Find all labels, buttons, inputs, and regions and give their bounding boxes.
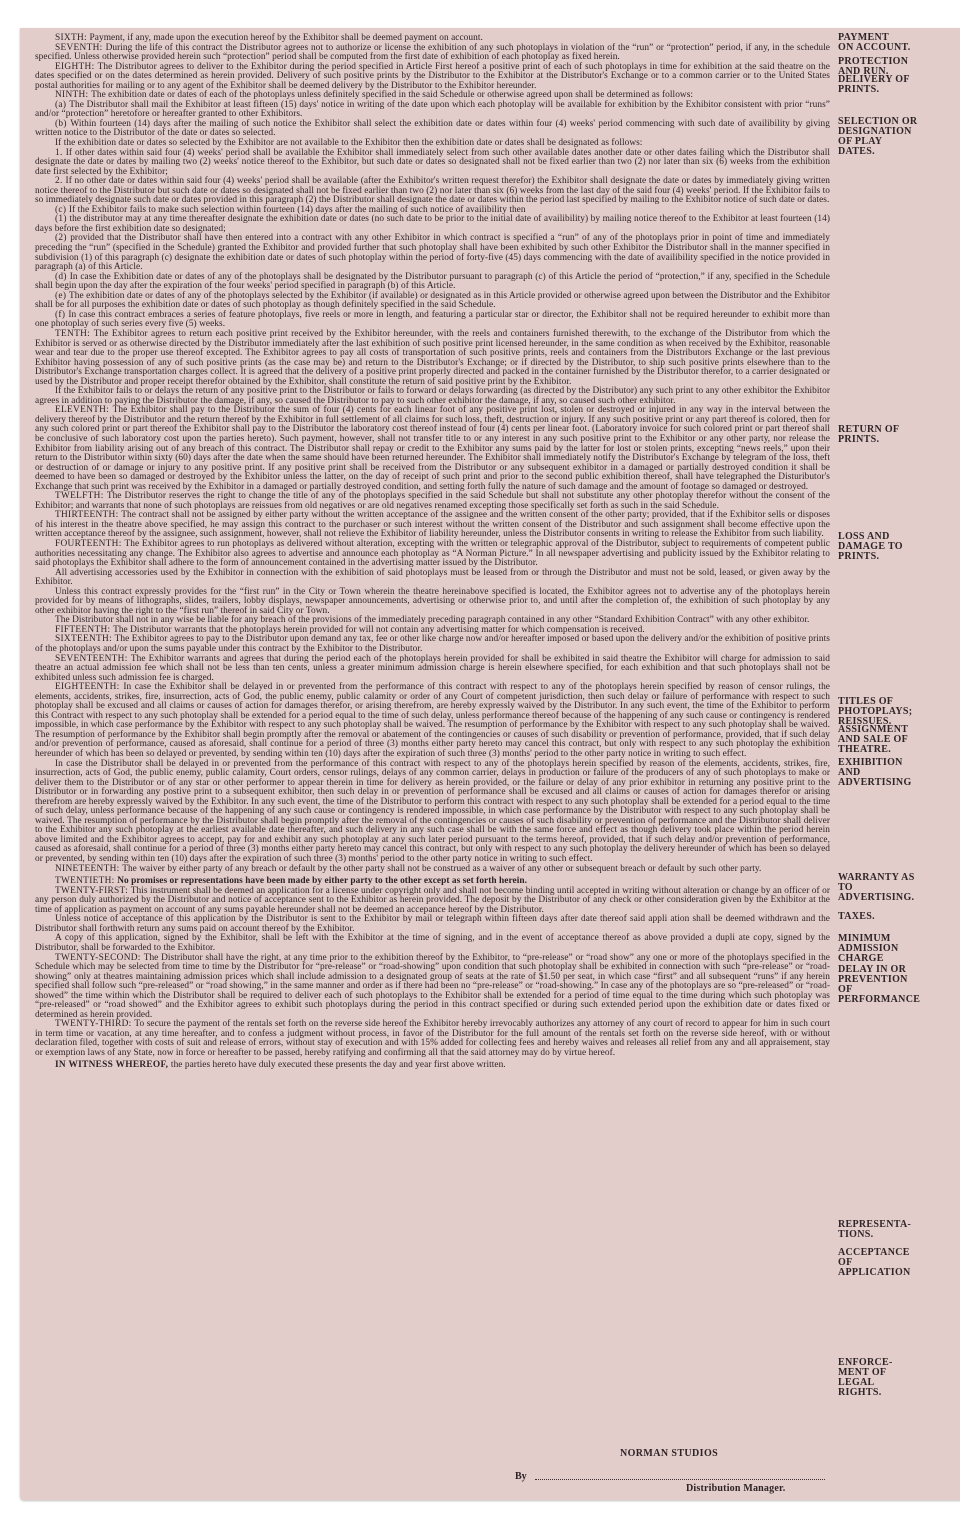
article-text: The Distributor reserves the right to ch… xyxy=(35,491,830,511)
article-label: SIXTEENTH: xyxy=(55,634,115,644)
margin-heading: DELAY IN OR PREVENTION OF PERFORMANCE xyxy=(838,965,953,1005)
contract-body: SIXTH: Payment, if any, made upon the ex… xyxy=(35,34,830,1070)
article-text: In case the Exhibitor shall be delayed i… xyxy=(35,682,830,759)
margin-heading: LOSS AND DAMAGE TO PRINTS. xyxy=(838,532,953,562)
contract-paragraph: TWENTY-THIRD: To secure the payment of t… xyxy=(35,1020,830,1058)
margin-heading: ACCEPTANCE OF APPLICATION xyxy=(838,1248,953,1278)
signature-line[interactable] xyxy=(535,1479,825,1480)
article-text: The Exhibitor warrants and agrees that d… xyxy=(35,654,830,683)
article-text: If other dates within said four (4) week… xyxy=(35,148,830,177)
contract-paragraph: (a) The Distributor shall mail the Exhib… xyxy=(35,101,830,120)
article-text: In case the Distributor shall be delayed… xyxy=(35,759,830,864)
article-label: TWENTY-SECOND: xyxy=(55,953,144,963)
article-text: If no other date or dates within said fo… xyxy=(35,176,830,205)
article-text: The exhibition date or dates of any of t… xyxy=(35,291,830,311)
article-label: NINETEENTH: xyxy=(55,864,122,874)
article-text: the distributor may at any time thereaft… xyxy=(35,214,830,234)
article-label: EIGHTEENTH: xyxy=(55,682,123,692)
contract-paragraph: If the Exhibitor fails to or delays the … xyxy=(35,387,830,406)
margin-heading: PAYMENT ON ACCOUNT. xyxy=(838,33,953,53)
contract-paragraph: TWENTY-SECOND: The Distributor shall hav… xyxy=(35,954,830,1021)
contract-paragraph: All advertising accessories used by the … xyxy=(35,569,830,588)
article-text: The contract shall not be assigned by ei… xyxy=(35,510,830,539)
contract-paragraph: 1. If other dates within said four (4) w… xyxy=(35,149,830,178)
margin-heading: SELECTION OR DESIGNATION OF PLAY DATES. xyxy=(838,117,953,157)
article-label: FOURTEENTH: xyxy=(55,539,125,549)
article-text: In case this contract embraces a series … xyxy=(35,310,830,330)
contract-paragraph: SEVENTH: During the life of this contrac… xyxy=(35,44,830,63)
contract-paragraph: 2. If no other date or dates within said… xyxy=(35,177,830,206)
article-text: Payment, if any, made upon the execution… xyxy=(90,33,483,43)
margin-heading: TITLES OF PHOTOPLAYS; REISSUES. xyxy=(838,697,953,727)
signature-firm: NORMAN STUDIOS xyxy=(620,1448,718,1459)
contract-paragraph: TWELFTH: The Distributor reserves the ri… xyxy=(35,492,830,511)
contract-paragraph: (e) The exhibition date or dates of any … xyxy=(35,292,830,311)
article-text: This instrument shall be deemed an appli… xyxy=(35,886,830,915)
article-label: TWENTIETH: xyxy=(55,876,117,886)
contract-paragraph: (b) Within fourteen (14) days after the … xyxy=(35,120,830,139)
article-label: TENTH: xyxy=(55,329,94,339)
signature-title: Distribution Manager. xyxy=(686,1483,785,1494)
article-text: The exhibition date or dates of each of … xyxy=(91,90,693,100)
article-text: A copy of this application, signed by th… xyxy=(35,933,830,953)
contract-paragraph: (f) In case this contract embraces a ser… xyxy=(35,311,830,330)
article-text: If the exhibition date or dates so selec… xyxy=(55,138,642,148)
article-text: To secure the payment of the rentals set… xyxy=(35,1019,830,1058)
contract-paragraph: (1) the distributor may at any time ther… xyxy=(35,215,830,234)
contract-paragraph: Unless this contract expressly provides … xyxy=(35,588,830,617)
article-text: Unless notice of acceptance of this appl… xyxy=(35,914,830,934)
article-text: No promises or representations have been… xyxy=(117,876,527,886)
article-label: TWENTY-THIRD: xyxy=(55,1019,134,1029)
article-label: NINTH: xyxy=(55,90,91,100)
article-text: Within fourteen (14) days after the mail… xyxy=(35,119,830,139)
article-text: The Distributor shall not in any wise be… xyxy=(55,615,809,625)
margin-heading: TAXES. xyxy=(838,912,953,922)
contract-paragraph: TENTH: The Exhibitor agrees to return ea… xyxy=(35,330,830,387)
contract-paragraph: ELEVENTH: The Exhibitor shall pay to the… xyxy=(35,406,830,492)
margin-heading: DELIVERY OF PRINTS. xyxy=(838,75,953,95)
article-text: All advertising accessories used by the … xyxy=(35,568,830,588)
article-text: The Distributor shall mail the Exhibitor… xyxy=(35,100,830,120)
signature-by-label: By xyxy=(515,1471,527,1482)
article-label: THIRTEENTH: xyxy=(55,510,121,520)
contract-paragraph: EIGHTEENTH: In case the Exhibitor shall … xyxy=(35,683,830,759)
article-text: The Exhibitor agrees to return each posi… xyxy=(35,329,830,387)
contract-paragraph: TWENTY-FIRST: This instrument shall be d… xyxy=(35,887,830,916)
margin-heading: ENFORCE- MENT OF LEGAL RIGHTS. xyxy=(838,1358,953,1398)
contract-paragraph: EIGHTH: The Distributor agrees to delive… xyxy=(35,63,830,92)
article-text: The Distributor agrees to deliver to the… xyxy=(35,62,830,91)
article-label: ELEVENTH: xyxy=(55,405,113,415)
article-text: The waiver by either party of any breach… xyxy=(122,864,761,874)
article-text: During the life of this contract the Dis… xyxy=(35,43,830,63)
contract-paragraph: SEVENTEENTH: The Exhibitor warrants and … xyxy=(35,655,830,684)
margin-heading: EXHIBITION AND ADVERTISING xyxy=(838,758,953,788)
article-text: The Exhibitor agrees to run photoplays a… xyxy=(35,539,830,568)
article-text: In case the Exhibition date or dates of … xyxy=(35,272,830,292)
article-text: If the Exhibitor fails to or delays the … xyxy=(35,386,830,406)
article-label: SIXTH: xyxy=(55,33,90,43)
contract-paragraph: (d) In case the Exhibition date or dates… xyxy=(35,273,830,292)
article-label: (1) xyxy=(55,214,70,224)
contract-paragraph: SIXTEENTH: The Exhibitor agrees to pay t… xyxy=(35,635,830,654)
contract-paragraph: FOURTEENTH: The Exhibitor agrees to run … xyxy=(35,540,830,569)
article-text: The Exhibitor shall pay to the Distribut… xyxy=(35,405,830,491)
article-text: the parties hereto have duly executed th… xyxy=(171,1060,506,1070)
contract-paragraph: Unless notice of acceptance of this appl… xyxy=(35,915,830,934)
margin-heading: MINIMUM ADMISSION CHARGE xyxy=(838,934,953,964)
article-text: provided that the Distributor shall have… xyxy=(35,233,830,272)
article-label: (2) xyxy=(55,233,70,243)
article-text: The Exhibitor agrees to pay to the Distr… xyxy=(35,634,830,654)
margin-heading: RETURN OF PRINTS. xyxy=(838,425,953,445)
article-text: The Distributor shall have the right, at… xyxy=(35,953,830,1020)
margin-heading: ASSIGNMENT AND SALE OF THEATRE. xyxy=(838,725,953,755)
article-label: 2. xyxy=(55,176,66,186)
article-label: TWELFTH: xyxy=(55,491,107,501)
margin-heading: WARRANTY AS TO ADVERTISING. xyxy=(838,873,953,903)
contract-paragraph: In case the Distributor shall be delayed… xyxy=(35,760,830,865)
article-text: Unless this contract expressly provides … xyxy=(35,587,830,616)
article-label: IN WITNESS WHEREOF, xyxy=(55,1060,171,1070)
margin-heading: REPRESENTA- TIONS. xyxy=(838,1220,953,1240)
contract-paragraph: IN WITNESS WHEREOF, the parties hereto h… xyxy=(35,1061,830,1071)
contract-paragraph: THIRTEENTH: The contract shall not be as… xyxy=(35,511,830,540)
contract-paragraph: A copy of this application, signed by th… xyxy=(35,934,830,953)
contract-paragraph: NINETEENTH: The waiver by either party o… xyxy=(35,865,830,875)
contract-paragraph: (2) provided that the Distributor shall … xyxy=(35,234,830,272)
